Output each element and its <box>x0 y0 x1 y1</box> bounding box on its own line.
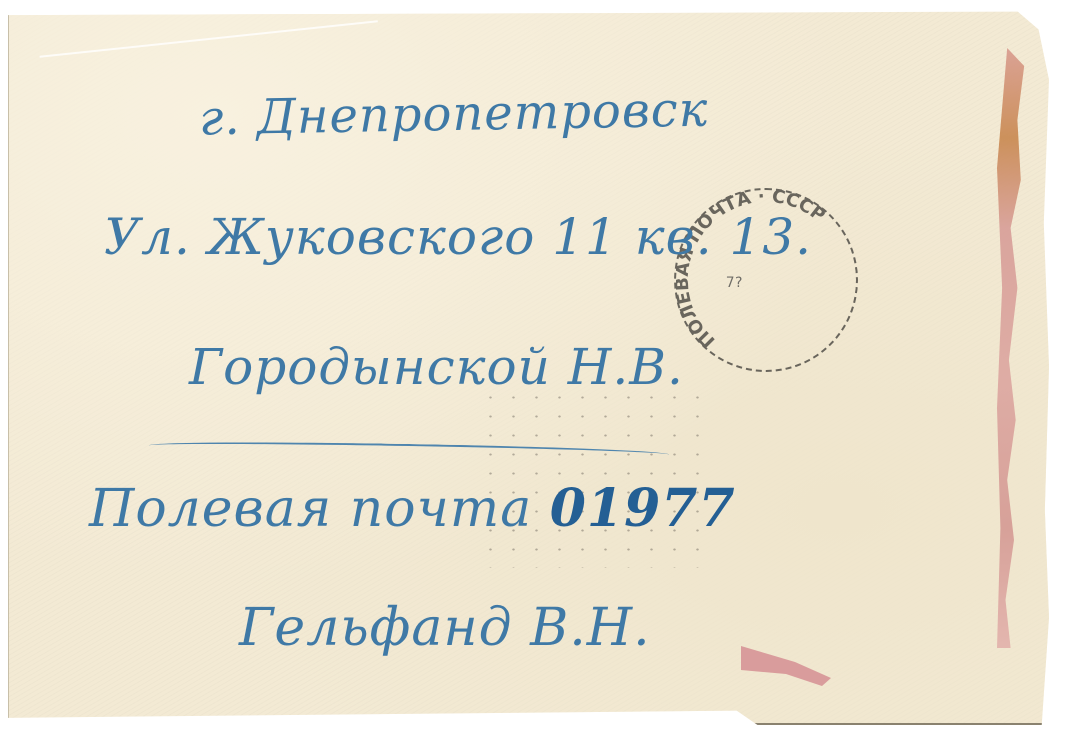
envelope: ПОЛЕВАЯ ПОЧТА · СССР 7? г. Днепропетровс… <box>8 8 1049 725</box>
address-street: Ул. Жуковского 11 кв. 13. <box>104 208 812 266</box>
sender-name: Гельфанд В.Н. <box>239 598 651 658</box>
address-recipient: Городынской Н.В. <box>189 338 684 396</box>
address-city: г. Днепропетровск <box>199 82 709 147</box>
field-post-number: 01977 <box>550 478 736 539</box>
street-name: Ул. Жуковского <box>104 208 535 266</box>
torn-edge <box>997 48 1031 648</box>
field-post-label: Полевая почта <box>89 479 532 539</box>
pink-tear <box>741 646 831 686</box>
field-post: Полевая почта 01977 <box>89 478 736 539</box>
street-house: 11 кв. 13. <box>552 208 812 266</box>
paper-fold <box>40 20 379 63</box>
postmark-date: 7? <box>726 275 743 291</box>
